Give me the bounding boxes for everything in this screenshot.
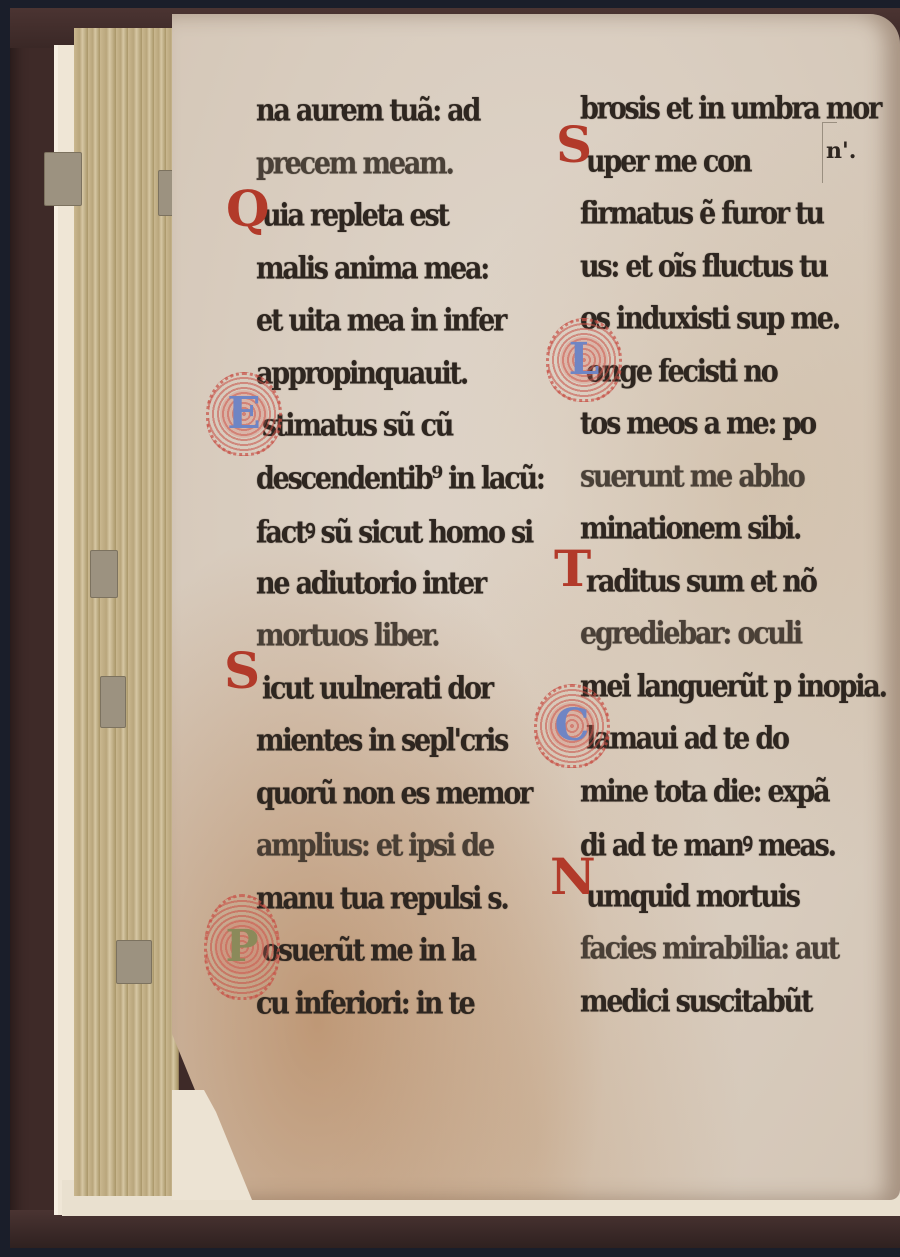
initial-letter: E [227, 392, 261, 436]
text-line: icut uulnerati dor [256, 658, 546, 718]
guard-tab [158, 170, 174, 216]
text-line: suerunt me abho [580, 446, 870, 506]
text-line: et uita mea in infer [256, 290, 546, 350]
initial-l-decorated: L [546, 318, 622, 402]
text-line: lamaui ad te do [580, 708, 870, 768]
text-line: di ad te manꝰ meas. [580, 813, 870, 873]
initial-letter: S [556, 115, 592, 174]
text-line: raditus sum et nõ [580, 551, 870, 611]
text-line: quorũ non es memor [256, 763, 546, 823]
initial-e-decorated: E [206, 372, 282, 456]
text-line: mientes in sepl'cris [256, 710, 546, 770]
initial-s-red-blue: S [556, 120, 592, 170]
text-line: minationem sibi. [580, 498, 870, 558]
text-line: osuerũt me in la [256, 920, 546, 980]
initial-letter: Q [226, 179, 270, 238]
text-line: stimatus sũ cũ [256, 395, 546, 455]
text-line: mine tota die: expã [580, 761, 870, 821]
initial-p-decorated: P [204, 894, 280, 1000]
text-line: tos meos a me: po [580, 393, 870, 453]
text-line: facies mirabilia: aut [580, 918, 870, 978]
text-line: cu inferiori: in te [256, 973, 546, 1033]
text-column-left: na aurem tuã: ad precem meam. uia replet… [256, 84, 546, 1029]
text-line: egrediebar: oculi [580, 603, 870, 663]
initial-c-decorated: C [534, 684, 610, 768]
guard-tab [44, 152, 82, 206]
text-line: manu tua repulsi s. [256, 868, 546, 928]
text-line: factꝰ sũ sicut homo si [256, 500, 546, 560]
initial-s-red: S [224, 646, 260, 696]
text-line: os induxisti sup me. [580, 288, 870, 348]
initial-letter: S [224, 641, 260, 700]
margin-note: n'. [826, 140, 856, 162]
text-line: amplius: et ipsi de [256, 815, 546, 875]
initial-q-red-blue: Q [226, 184, 270, 234]
initial-letter: L [569, 338, 600, 382]
stub [100, 28, 117, 1196]
text-line: firmatus ẽ furor tu [580, 183, 870, 243]
text-line: mei languerũt p inopia. [580, 656, 870, 716]
text-line: precem meam. [256, 133, 546, 193]
text-line: mortuos liber. [256, 605, 546, 665]
text-line: us: et oĩs fluctus tu [580, 236, 870, 296]
text-line: malis anima mea: [256, 238, 546, 298]
text-line: uia repleta est [256, 185, 546, 245]
initial-letter: C [554, 704, 589, 748]
text-line: appropinquauit. [256, 343, 546, 403]
guard-tab [90, 550, 118, 598]
text-line: onge fecisti no [580, 341, 870, 401]
initial-letter: P [225, 925, 258, 969]
text-line: na aurem tuã: ad [256, 80, 546, 140]
initial-t-red-blue: T [554, 544, 591, 594]
stub [128, 28, 143, 1196]
initial-letter: N [550, 847, 596, 906]
text-line: medici suscitabũt [580, 971, 870, 1031]
guard-tab [100, 676, 126, 728]
text-column-right: brosis et in umbra mor uper me con firma… [580, 82, 870, 1027]
text-line: descendentib⁹ in lacũ: [256, 448, 546, 508]
text-line: brosis et in umbra mor [580, 78, 870, 138]
guard-tab [116, 940, 152, 984]
initial-letter: T [554, 539, 591, 598]
text-line: ne adiutorio inter [256, 553, 546, 613]
text-line: umquid mortuis [580, 866, 870, 926]
initial-n-red-blue: N [550, 852, 596, 902]
